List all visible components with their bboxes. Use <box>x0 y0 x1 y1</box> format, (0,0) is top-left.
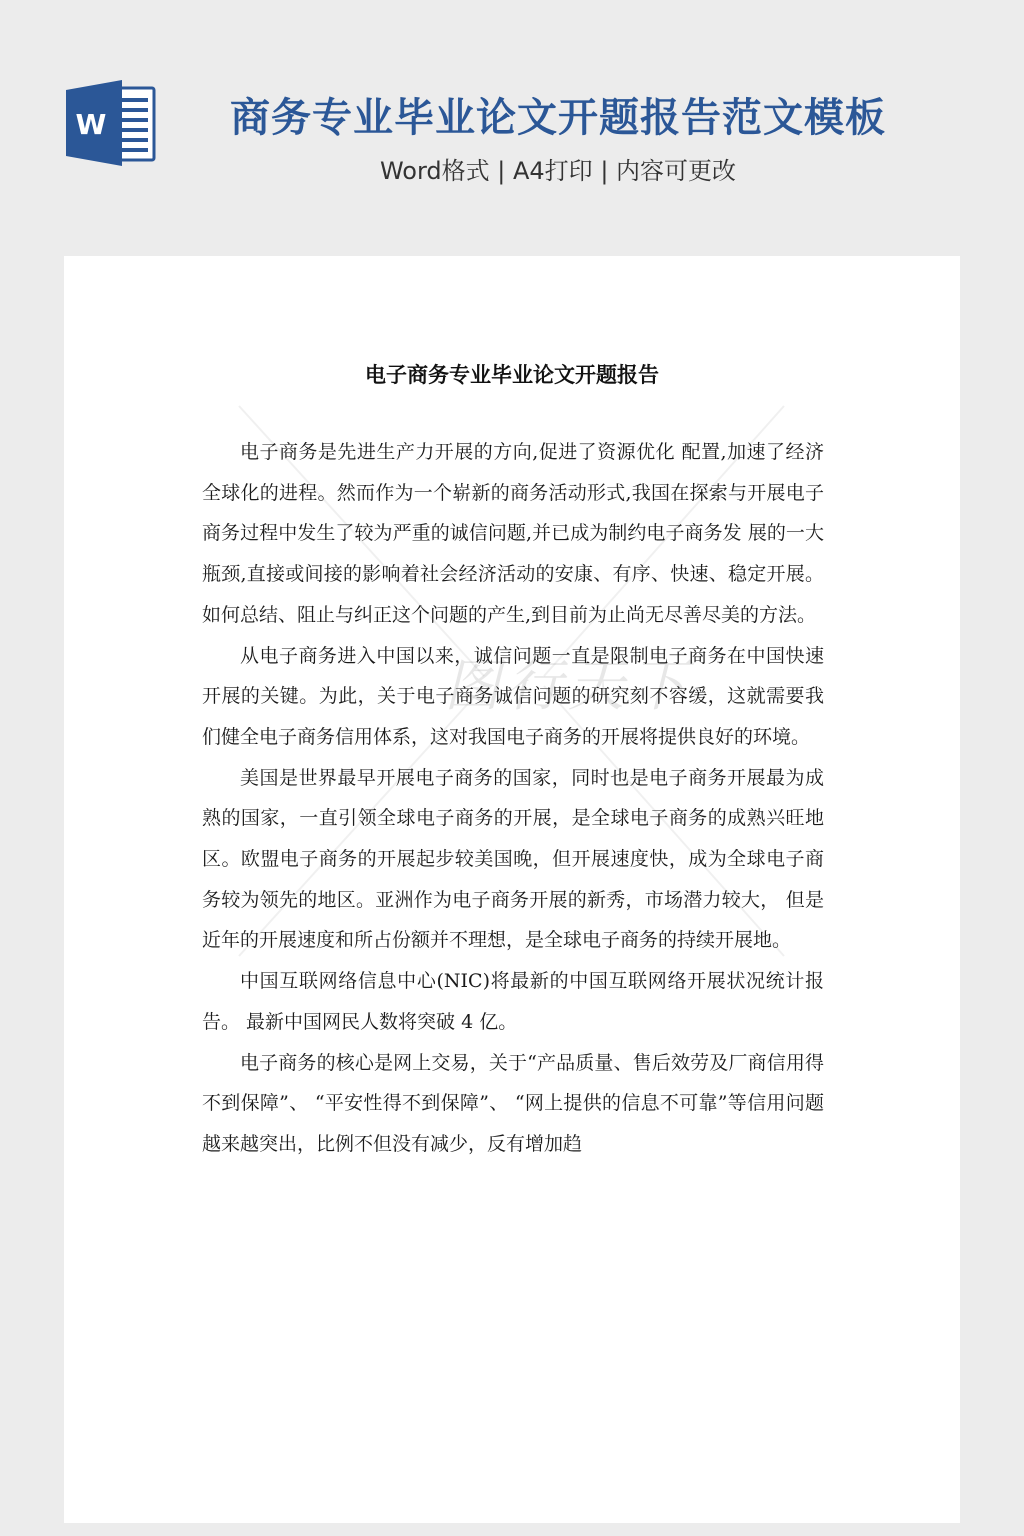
document-title: 电子商务专业毕业论文开题报告 <box>64 360 960 390</box>
page-title: 商务专业毕业论文开题报告范文模板 <box>200 92 916 144</box>
paragraph: 美国是世界最早开展电子商务的国家，同时也是电子商务开展最为成熟的国家，一直引领全… <box>202 758 824 962</box>
document-page: 图行天下 电子商务专业毕业论文开题报告 电子商务是先进生产力开展的方向,促进了资… <box>64 256 960 1523</box>
word-document-icon: W <box>64 80 156 166</box>
paragraph: 电子商务的核心是网上交易，关于“产品质量、售后效劳及厂商信用得不到保障”、 “平… <box>202 1043 824 1165</box>
paragraph: 中国互联网络信息中心(NIC)将最新的中国互联网络开展状况统计报告。 最新中国网… <box>202 961 824 1042</box>
paragraph: 电子商务是先进生产力开展的方向,促进了资源优化 配置,加速了经济全球化的进程。然… <box>202 432 824 636</box>
svg-text:W: W <box>76 108 107 141</box>
paragraph: 从电子商务进入中国以来，诚信问题一直是限制电子商务在中国快速开展的关键。为此，关… <box>202 636 824 758</box>
page-subtitle: Word格式 | A4打印 | 内容可更改 <box>200 154 916 188</box>
document-body: 电子商务是先进生产力开展的方向,促进了资源优化 配置,加速了经济全球化的进程。然… <box>202 432 824 1165</box>
page-header: W 商务专业毕业论文开题报告范文模板 Word格式 | A4打印 | 内容可更改 <box>0 0 1024 256</box>
